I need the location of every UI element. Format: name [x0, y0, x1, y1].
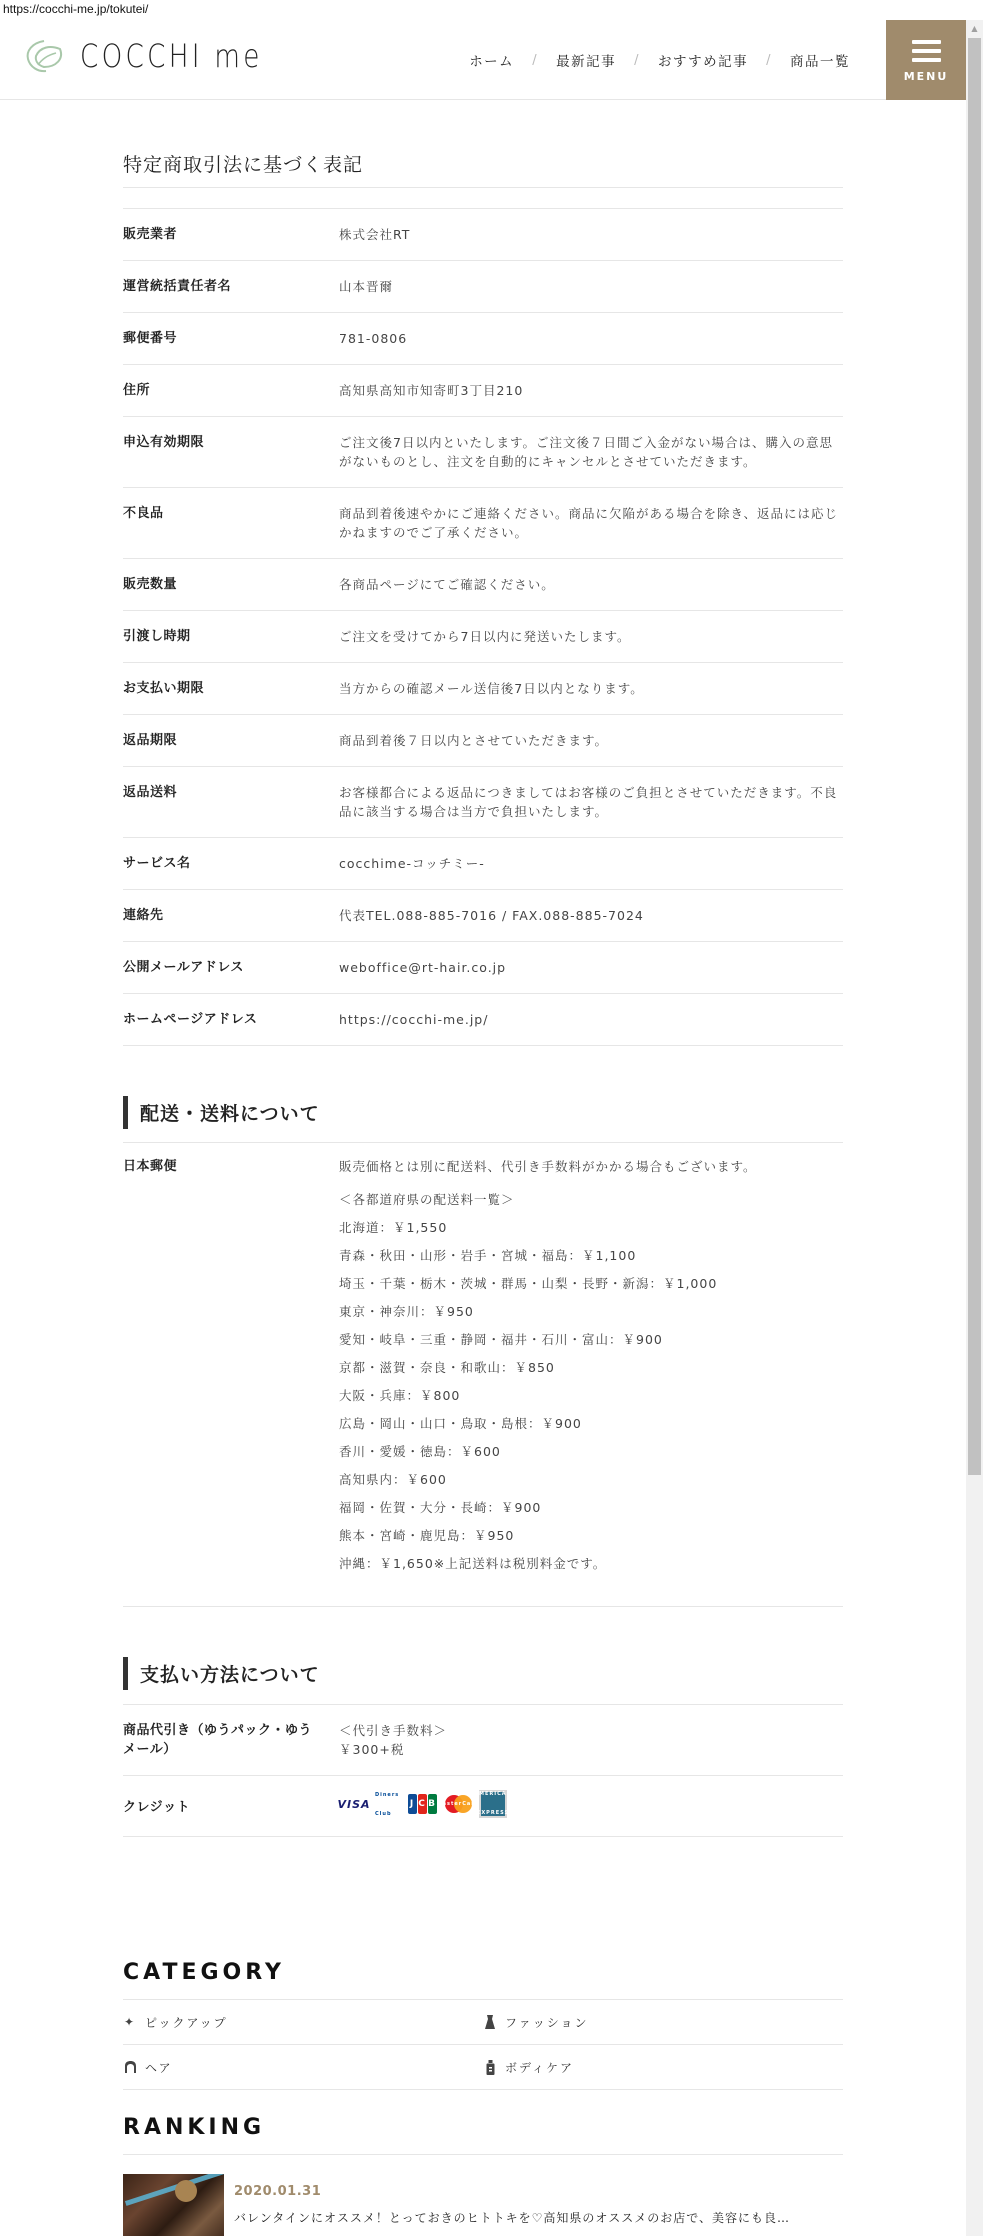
category-label: ファッション	[505, 2014, 589, 2031]
scroll-up-arrow-icon[interactable]: ▲	[966, 20, 983, 37]
row-label: 販売業者	[123, 225, 339, 244]
hamburger-icon	[912, 40, 941, 44]
table-row: 引渡し時期ご注文を受けてから7日以内に発送いたします。	[123, 611, 843, 663]
shipping-intro: 販売価格とは別に配送料、代引き手数料がかかる場合もございます。	[339, 1157, 843, 1176]
shipping-rate: 熊本・宮崎・鹿児島：￥950	[339, 1522, 843, 1550]
main-content: 特定商取引法に基づく表記 販売業者株式会社RT 運営統括責任者名山本晋爾 郵便番…	[123, 100, 843, 2236]
table-row: 返品送料お客様都合による返品につきましてはお客様のご負担とさせていただきます。不…	[123, 767, 843, 838]
divider	[123, 2154, 843, 2155]
row-value: 山本晋爾	[339, 277, 843, 296]
ranking-heading: RANKING	[123, 2115, 843, 2140]
category-label: ピックアップ	[145, 2014, 228, 2031]
mastercard-icon: MasterCard	[443, 1792, 473, 1816]
shipping-rate: 大阪・兵庫：￥800	[339, 1382, 843, 1410]
menu-button[interactable]: MENU	[886, 20, 966, 100]
hair-icon	[123, 2061, 137, 2073]
credit-card-logos: VISA Diners Club JCB MasterCard AMERICAN…	[339, 1790, 843, 1818]
row-label: 郵便番号	[123, 329, 339, 348]
nav-products[interactable]: 商品一覧	[790, 50, 850, 70]
shipping-rate: 香川・愛媛・徳島：￥600	[339, 1438, 843, 1466]
table-row: お支払い期限当方からの確認メール送信後7日以内となります。	[123, 663, 843, 715]
hamburger-icon	[912, 58, 941, 62]
row-value: 株式会社RT	[339, 225, 843, 244]
logo-text: COCCHI me	[80, 37, 263, 75]
table-row: 販売業者株式会社RT	[123, 209, 843, 261]
row-value: 商品到着後７日以内とさせていただきます。	[339, 731, 843, 750]
nav-separator: /	[634, 53, 640, 68]
shipping-section: 配送・送料について 日本郵便 販売価格とは別に配送料、代引き手数料がかかる場合も…	[123, 1096, 843, 1607]
payment-heading: 支払い方法について	[140, 1660, 320, 1687]
ranking-section: RANKING 2020.01.31 バレンタインにオススメ！とっておきのヒトト…	[123, 2115, 843, 2236]
shipping-heading: 配送・送料について	[140, 1099, 320, 1126]
section-heading: 配送・送料について	[123, 1096, 843, 1129]
leaf-logo-icon	[24, 37, 70, 75]
row-label: 商品代引き（ゆうパック・ゆうメール）	[123, 1721, 339, 1759]
table-row: 商品代引き（ゆうパック・ゆうメール） ＜代引き手数料＞ ￥300+税	[123, 1705, 843, 1776]
row-label: 連絡先	[123, 906, 339, 925]
homepage-link[interactable]: https://cocchi-me.jp/	[339, 1010, 843, 1029]
category-pickup[interactable]: ✦ ピックアップ	[123, 2000, 483, 2045]
row-value: ＜代引き手数料＞ ￥300+税	[339, 1721, 843, 1759]
category-bodycare[interactable]: ボディケア	[483, 2045, 843, 2090]
email-link[interactable]: weboffice@rt-hair.co.jp	[339, 958, 843, 977]
dress-icon	[483, 2015, 497, 2029]
row-label: 運営統括責任者名	[123, 277, 339, 296]
category-grid: ✦ ピックアップ ファッション ヘア ボディケア	[123, 2000, 843, 2090]
row-label: 引渡し時期	[123, 627, 339, 646]
table-row: 日本郵便 販売価格とは別に配送料、代引き手数料がかかる場合もございます。 ＜各都…	[123, 1143, 843, 1607]
american-express-icon: AMERICANEXPRESS	[479, 1790, 507, 1818]
category-label: ボディケア	[505, 2059, 574, 2076]
site-logo[interactable]: COCCHI me	[24, 36, 303, 76]
payment-section: 支払い方法について 商品代引き（ゆうパック・ゆうメール） ＜代引き手数料＞ ￥3…	[123, 1657, 843, 1837]
row-label: 返品送料	[123, 783, 339, 821]
table-row: 公開メールアドレスweboffice@rt-hair.co.jp	[123, 942, 843, 994]
row-value: 商品到着後速やかにご連絡ください。商品に欠陥がある場合を除き、返品には応じかねま…	[339, 504, 843, 542]
table-row: 不良品商品到着後速やかにご連絡ください。商品に欠陥がある場合を除き、返品には応じ…	[123, 488, 843, 559]
table-row: クレジット VISA Diners Club JCB MasterCard AM…	[123, 1776, 843, 1837]
row-value: cocchime-コッチミー-	[339, 854, 843, 873]
hamburger-icon	[912, 49, 941, 53]
article-title: バレンタインにオススメ！とっておきのヒトトキを♡高知県のオススメのお店で、美容に…	[234, 2209, 790, 2226]
table-row: 連絡先代表TEL.088-885-7016 / FAX.088-885-7024	[123, 890, 843, 942]
menu-label: MENU	[904, 70, 949, 83]
row-value: 高知県高知市知寄町3丁目210	[339, 381, 843, 400]
row-label: 公開メールアドレス	[123, 958, 339, 977]
ranking-item-body: 2020.01.31 バレンタインにオススメ！とっておきのヒトトキを♡高知県のオ…	[234, 2174, 790, 2236]
shipping-rate: 高知県内：￥600	[339, 1466, 843, 1494]
shipping-rate: 愛知・岐阜・三重・静岡・福井・石川・富山：￥900	[339, 1326, 843, 1354]
row-label: 不良品	[123, 504, 339, 542]
table-row: 郵便番号781-0806	[123, 313, 843, 365]
category-hair[interactable]: ヘア	[123, 2045, 483, 2090]
table-row: ホームページアドレスhttps://cocchi-me.jp/	[123, 994, 843, 1046]
shipping-rate: 青森・秋田・山形・岩手・宮城・福島：￥1,100	[339, 1242, 843, 1270]
site-header: COCCHI me ホーム / 最新記事 / おすすめ記事 / 商品一覧 MEN…	[0, 20, 966, 100]
table-row: 販売数量各商品ページにてご確認ください。	[123, 559, 843, 611]
table-row: 運営統括責任者名山本晋爾	[123, 261, 843, 313]
row-value: 代表TEL.088-885-7016 / FAX.088-885-7024	[339, 906, 843, 925]
nav-separator: /	[532, 53, 538, 68]
visa-icon: VISA	[339, 1792, 369, 1816]
row-label: お支払い期限	[123, 679, 339, 698]
row-label: 日本郵便	[123, 1157, 339, 1578]
row-label: ホームページアドレス	[123, 1010, 339, 1029]
shipping-rate: 東京・神奈川：￥950	[339, 1298, 843, 1326]
cod-fee: ￥300+税	[339, 1740, 843, 1759]
ranking-item[interactable]: 2020.01.31 バレンタインにオススメ！とっておきのヒトトキを♡高知県のオ…	[123, 2174, 843, 2236]
vertical-scrollbar[interactable]: ▲	[966, 20, 983, 2236]
shipping-rate: 沖縄：￥1,650※上記送料は税別料金です。	[339, 1550, 843, 1578]
table-row: 返品期限商品到着後７日以内とさせていただきます。	[123, 715, 843, 767]
shipping-rate: 北海道：￥1,550	[339, 1214, 843, 1242]
row-label: クレジット	[123, 1792, 339, 1817]
shipping-rate: 福岡・佐賀・大分・長崎：￥900	[339, 1494, 843, 1522]
row-value: お客様都合による返品につきましてはお客様のご負担とさせていただきます。不良品に該…	[339, 783, 843, 821]
table-row: 申込有効期限ご注文後7日以内といたします。ご注文後７日間ご入金がない場合は、購入…	[123, 417, 843, 488]
shipping-rate: 京都・滋賀・奈良・和歌山：￥850	[339, 1354, 843, 1382]
category-heading: CATEGORY	[123, 1960, 843, 1985]
jcb-icon: JCB	[407, 1792, 437, 1816]
table-row: サービス名cocchime-コッチミー-	[123, 838, 843, 890]
article-date: 2020.01.31	[234, 2184, 790, 2199]
divider	[123, 187, 843, 188]
shipping-list-heading: ＜各都道府県の配送料一覧＞	[339, 1186, 843, 1214]
legal-table: 販売業者株式会社RT 運営統括責任者名山本晋爾 郵便番号781-0806 住所高…	[123, 209, 843, 1046]
sparkle-icon: ✦	[123, 2015, 137, 2029]
row-value: 各商品ページにてご確認ください。	[339, 575, 843, 594]
scrollbar-thumb[interactable]	[968, 38, 981, 1475]
diners-club-icon: Diners Club	[375, 1792, 401, 1816]
article-thumbnail	[123, 2174, 224, 2236]
category-label: ヘア	[145, 2059, 173, 2076]
row-label: 申込有効期限	[123, 433, 339, 471]
row-label: 販売数量	[123, 575, 339, 594]
nav-home[interactable]: ホーム	[469, 50, 514, 70]
row-value: 781-0806	[339, 329, 843, 348]
row-value: ご注文後7日以内といたします。ご注文後７日間ご入金がない場合は、購入の意思がない…	[339, 433, 843, 471]
category-fashion[interactable]: ファッション	[483, 2000, 843, 2045]
shipping-rate: 広島・岡山・山口・鳥取・島根：￥900	[339, 1410, 843, 1438]
row-value: ご注文を受けてから7日以内に発送いたします。	[339, 627, 843, 646]
row-label: 返品期限	[123, 731, 339, 750]
url-text: https://cocchi-me.jp/tokutei/	[3, 2, 148, 16]
table-row: 住所高知県高知市知寄町3丁目210	[123, 365, 843, 417]
bottle-icon	[483, 2060, 497, 2075]
category-section: CATEGORY ✦ ピックアップ ファッション ヘア	[123, 1960, 843, 2090]
nav-separator: /	[766, 53, 772, 68]
cod-fee-heading: ＜代引き手数料＞	[339, 1721, 843, 1740]
heading-bar	[123, 1657, 128, 1690]
main-nav: ホーム / 最新記事 / おすすめ記事 / 商品一覧	[469, 50, 850, 70]
row-label: 住所	[123, 381, 339, 400]
page-title: 特定商取引法に基づく表記	[123, 153, 843, 177]
shipping-rate: 埼玉・千葉・栃木・茨城・群馬・山梨・長野・新潟：￥1,000	[339, 1270, 843, 1298]
nav-recommended-articles[interactable]: おすすめ記事	[658, 50, 748, 70]
row-value: 当方からの確認メール送信後7日以内となります。	[339, 679, 843, 698]
section-heading: 支払い方法について	[123, 1657, 843, 1690]
row-label: サービス名	[123, 854, 339, 873]
nav-latest-articles[interactable]: 最新記事	[556, 50, 616, 70]
shipping-rates: 販売価格とは別に配送料、代引き手数料がかかる場合もございます。 ＜各都道府県の配…	[339, 1157, 843, 1578]
heading-bar	[123, 1096, 128, 1129]
